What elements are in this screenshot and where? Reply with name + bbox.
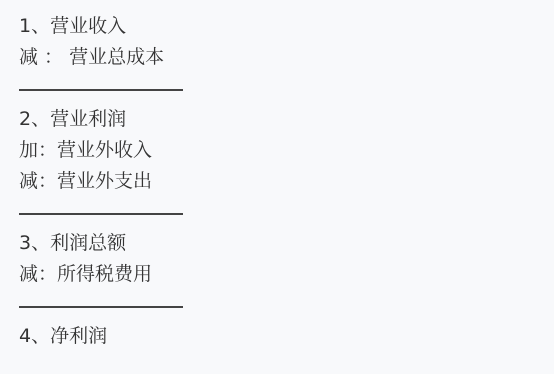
line-less-non-operating-expense: 减：营业外支出 [19, 166, 164, 197]
separator-rule [19, 197, 164, 228]
line-add-non-operating-income: 加：营业外收入 [19, 135, 164, 166]
line-total-profit: 3、利润总额 [19, 228, 164, 259]
separator-line [19, 89, 183, 91]
separator-rule [19, 73, 164, 104]
line-operating-revenue: 1、营业收入 [19, 11, 164, 42]
line-less-total-operating-cost: 减 ： 营业总成本 [19, 42, 164, 73]
separator-line [19, 306, 183, 308]
line-less-income-tax-expense: 减：所得税费用 [19, 259, 164, 290]
separator-line [19, 213, 183, 215]
income-statement-outline: 1、营业收入 减 ： 营业总成本 2、营业利润 加：营业外收入 减：营业外支出 … [19, 11, 164, 352]
separator-rule [19, 290, 164, 321]
line-operating-profit: 2、营业利润 [19, 104, 164, 135]
line-net-profit: 4、净利润 [19, 321, 164, 352]
